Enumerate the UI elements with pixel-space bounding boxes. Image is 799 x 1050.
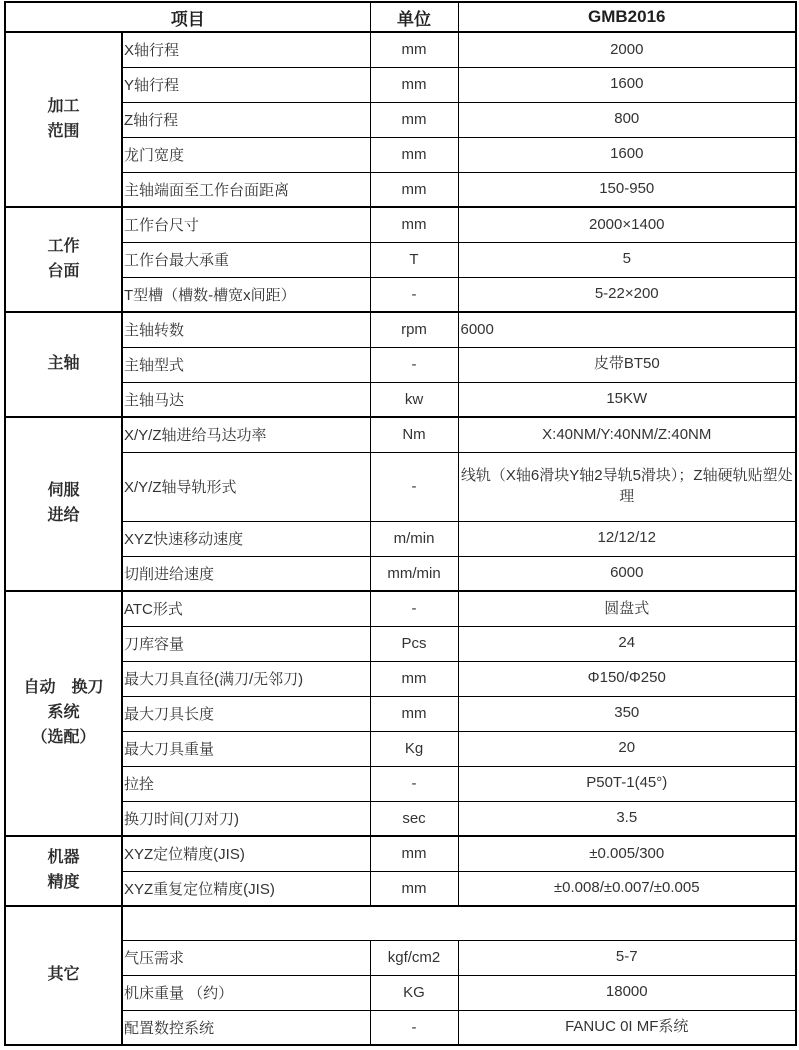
spec-unit: - <box>370 277 458 312</box>
spec-value: Φ150/Φ250 <box>458 661 796 696</box>
spec-value: 5-22×200 <box>458 277 796 312</box>
spec-row: 龙门宽度mm1600 <box>5 137 796 172</box>
spec-row: 最大刀具直径(满刀/无邻刀)mmΦ150/Φ250 <box>5 661 796 696</box>
spec-value: 20 <box>458 731 796 766</box>
spec-unit: mm <box>370 172 458 207</box>
spec-value: 5-7 <box>458 940 796 975</box>
spec-unit: Pcs <box>370 626 458 661</box>
spec-item-label: XYZ重复定位精度(JIS) <box>122 871 370 906</box>
spec-row: 气压需求kgf/cm25-7 <box>5 940 796 975</box>
spec-row: 机床重量 （约）KG18000 <box>5 975 796 1010</box>
spec-row: 其它 <box>5 906 796 940</box>
spec-row: Z轴行程mm800 <box>5 102 796 137</box>
section-group-label: 自动 换刀 系统 （选配） <box>5 591 122 836</box>
spec-item-label: 配置数控系统 <box>122 1010 370 1045</box>
spec-unit: kgf/cm2 <box>370 940 458 975</box>
spec-item-label: 主轴端面至工作台面距离 <box>122 172 370 207</box>
spec-row: XYZ重复定位精度(JIS)mm±0.008/±0.007/±0.005 <box>5 871 796 906</box>
spec-table-body: 加工 范围X轴行程mm2000Y轴行程mm1600Z轴行程mm800龙门宽度mm… <box>5 32 796 1045</box>
spec-item-label: 主轴转数 <box>122 312 370 347</box>
spec-unit: KG <box>370 975 458 1010</box>
header-unit-column: 单位 <box>370 2 458 32</box>
spec-value: 15KW <box>458 382 796 417</box>
spec-row: 自动 换刀 系统 （选配）ATC形式-圆盘式 <box>5 591 796 626</box>
spec-row: 伺服 进给X/Y/Z轴进给马达功率NmX:40NM/Y:40NM/Z:40NM <box>5 417 796 452</box>
spec-unit: T <box>370 242 458 277</box>
spec-row: 拉拴-P50T-1(45°) <box>5 766 796 801</box>
spec-item-label: Y轴行程 <box>122 67 370 102</box>
empty-spec-row-cell <box>122 906 796 940</box>
spec-row: 换刀时间(刀对刀)sec3.5 <box>5 801 796 836</box>
spec-value: 150-950 <box>458 172 796 207</box>
section-group-label: 加工 范围 <box>5 32 122 207</box>
spec-row: 工作台最大承重T5 <box>5 242 796 277</box>
spec-item-label: 工作台尺寸 <box>122 207 370 242</box>
spec-item-label: 最大刀具直径(满刀/无邻刀) <box>122 661 370 696</box>
spec-value: 3.5 <box>458 801 796 836</box>
spec-item-label: 机床重量 （约） <box>122 975 370 1010</box>
spec-unit: sec <box>370 801 458 836</box>
spec-unit: mm <box>370 871 458 906</box>
spec-row: Y轴行程mm1600 <box>5 67 796 102</box>
spec-unit: - <box>370 1010 458 1045</box>
spec-item-label: Z轴行程 <box>122 102 370 137</box>
spec-value: 6000 <box>458 556 796 591</box>
spec-value: 2000×1400 <box>458 207 796 242</box>
spec-item-label: 切削进给速度 <box>122 556 370 591</box>
section-group-label: 主轴 <box>5 312 122 417</box>
spec-item-label: X轴行程 <box>122 32 370 67</box>
spec-item-label: 龙门宽度 <box>122 137 370 172</box>
spec-row: 加工 范围X轴行程mm2000 <box>5 32 796 67</box>
spec-row: 刀库容量Pcs24 <box>5 626 796 661</box>
spec-row: 工作 台面工作台尺寸mm2000×1400 <box>5 207 796 242</box>
spec-item-label: 换刀时间(刀对刀) <box>122 801 370 836</box>
spec-value: 350 <box>458 696 796 731</box>
spec-item-label: 工作台最大承重 <box>122 242 370 277</box>
spec-row: 主轴型式-皮带BT50 <box>5 347 796 382</box>
spec-unit: mm <box>370 32 458 67</box>
spec-value: 皮带BT50 <box>458 347 796 382</box>
spec-row: 主轴马达kw15KW <box>5 382 796 417</box>
spec-unit: mm/min <box>370 556 458 591</box>
spec-unit: mm <box>370 67 458 102</box>
spec-value: 1600 <box>458 67 796 102</box>
spec-unit: - <box>370 452 458 521</box>
spec-value: 圆盘式 <box>458 591 796 626</box>
spec-row: 主轴主轴转数rpm6000 <box>5 312 796 347</box>
spec-unit: mm <box>370 661 458 696</box>
spec-row: 最大刀具重量Kg20 <box>5 731 796 766</box>
spec-unit: mm <box>370 207 458 242</box>
spec-item-label: 主轴型式 <box>122 347 370 382</box>
spec-value: 18000 <box>458 975 796 1010</box>
spec-unit: - <box>370 766 458 801</box>
spec-unit: Kg <box>370 731 458 766</box>
section-group-label: 伺服 进给 <box>5 417 122 591</box>
spec-item-label: XYZ定位精度(JIS) <box>122 836 370 871</box>
spec-item-label: 拉拴 <box>122 766 370 801</box>
section-group-label: 其它 <box>5 906 122 1045</box>
spec-value: 线轨（X轴6滑块Y轴2导轨5滑块）；Z轴硬轨贴塑处理 <box>458 452 796 521</box>
header-item-column: 项目 <box>5 2 370 32</box>
spec-item-label: 主轴马达 <box>122 382 370 417</box>
spec-row: XYZ快速移动速度m/min12/12/12 <box>5 521 796 556</box>
spec-item-label: 最大刀具重量 <box>122 731 370 766</box>
spec-unit: mm <box>370 137 458 172</box>
spec-row: 配置数控系统-FANUC 0I MF系统 <box>5 1010 796 1045</box>
spec-row: 主轴端面至工作台面距离mm150-950 <box>5 172 796 207</box>
spec-value: 12/12/12 <box>458 521 796 556</box>
spec-value: 24 <box>458 626 796 661</box>
spec-item-label: X/Y/Z轴导轨形式 <box>122 452 370 521</box>
spec-value: 2000 <box>458 32 796 67</box>
spec-unit: - <box>370 591 458 626</box>
spec-unit: - <box>370 347 458 382</box>
spec-value: 1600 <box>458 137 796 172</box>
spec-item-label: 刀库容量 <box>122 626 370 661</box>
spec-unit: m/min <box>370 521 458 556</box>
spec-unit: rpm <box>370 312 458 347</box>
spec-value: P50T-1(45°) <box>458 766 796 801</box>
spec-item-label: T型槽（槽数-槽宽x间距） <box>122 277 370 312</box>
spec-row: 机器 精度XYZ定位精度(JIS)mm±0.005/300 <box>5 836 796 871</box>
spec-unit: mm <box>370 102 458 137</box>
spec-item-label: 最大刀具长度 <box>122 696 370 731</box>
header-model-column: GMB2016 <box>458 2 796 32</box>
spec-value: 5 <box>458 242 796 277</box>
spec-value: ±0.008/±0.007/±0.005 <box>458 871 796 906</box>
spec-row: T型槽（槽数-槽宽x间距）-5-22×200 <box>5 277 796 312</box>
spec-item-label: XYZ快速移动速度 <box>122 521 370 556</box>
machine-spec-table: 项目 单位 GMB2016 加工 范围X轴行程mm2000Y轴行程mm1600Z… <box>4 1 797 1046</box>
spec-value: FANUC 0I MF系统 <box>458 1010 796 1045</box>
spec-item-label: X/Y/Z轴进给马达功率 <box>122 417 370 452</box>
spec-item-label: ATC形式 <box>122 591 370 626</box>
spec-unit: kw <box>370 382 458 417</box>
spec-value: 800 <box>458 102 796 137</box>
spec-unit: Nm <box>370 417 458 452</box>
spec-row: X/Y/Z轴导轨形式-线轨（X轴6滑块Y轴2导轨5滑块）；Z轴硬轨贴塑处理 <box>5 452 796 521</box>
spec-table-header: 项目 单位 GMB2016 <box>5 2 796 32</box>
spec-row: 切削进给速度mm/min6000 <box>5 556 796 591</box>
spec-value: 6000 <box>458 312 796 347</box>
section-group-label: 工作 台面 <box>5 207 122 312</box>
spec-item-label: 气压需求 <box>122 940 370 975</box>
spec-value: ±0.005/300 <box>458 836 796 871</box>
section-group-label: 机器 精度 <box>5 836 122 906</box>
spec-unit: mm <box>370 696 458 731</box>
spec-value: X:40NM/Y:40NM/Z:40NM <box>458 417 796 452</box>
spec-row: 最大刀具长度mm350 <box>5 696 796 731</box>
spec-unit: mm <box>370 836 458 871</box>
header-row: 项目 单位 GMB2016 <box>5 2 796 32</box>
